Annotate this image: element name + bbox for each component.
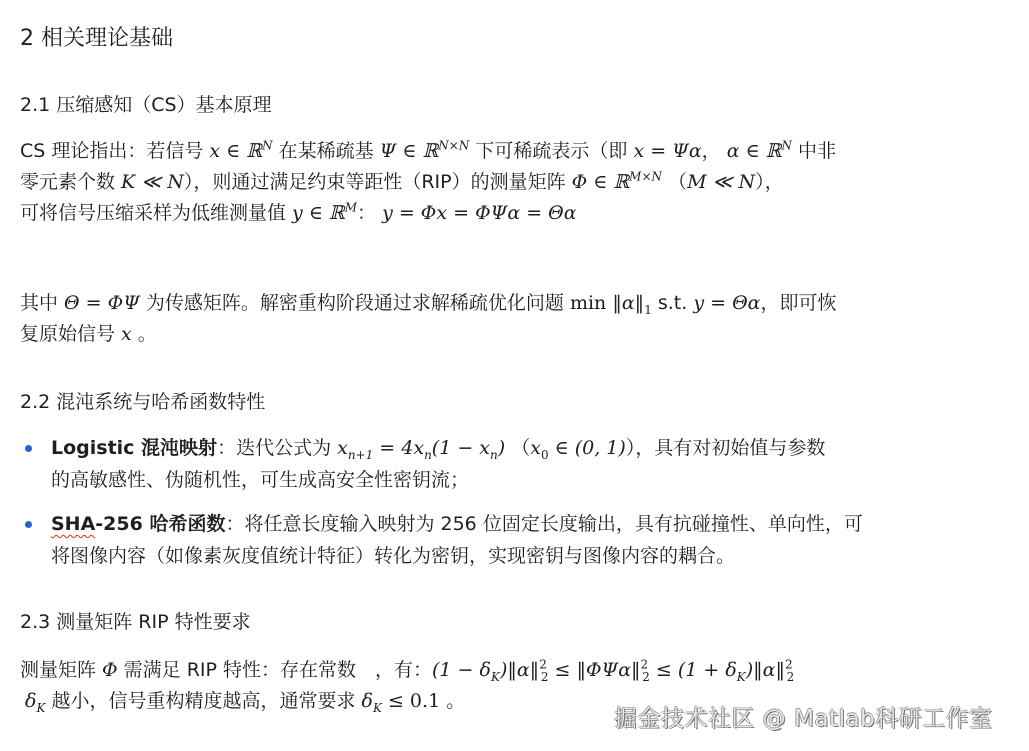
list-item-sha256: SHA-256 哈希函数：将任意长度输入映射为 256 位固定长度输出，具有抗碰…	[20, 508, 1010, 572]
subsection-heading-2-3: 2.3 测量矩阵 RIP 特性要求	[20, 609, 251, 635]
cs-paragraph: CS 理论指出：若信号 x ∈ ℝN 在某稀疏基 Ψ ∈ ℝN×N 下可稀疏表示…	[20, 136, 1000, 229]
term-sha256: -256 哈希函数	[95, 513, 225, 535]
subsection-heading-2-1: 2.1 压缩感知（CS）基本原理	[20, 92, 272, 118]
cs-line-2: 零元素个数 K ≪ N），则通过满足约束等距性（RIP）的测量矩阵 Φ ∈ ℝM…	[20, 167, 1000, 198]
bullet-icon	[25, 445, 32, 452]
rip-line-1: 测量矩阵 Φ 需满足 RIP 特性：存在常数 ，有：(1 − δK)‖α‖22 …	[20, 655, 1000, 686]
list-item-logistic: Logistic 混沌映射：迭代公式为 xn+1 = 4xn(1 − xn) （…	[20, 432, 1010, 496]
term-logistic: Logistic 混沌映射	[51, 437, 217, 459]
watermark: 掘金技术社区 @ Matlab科研工作室	[614, 700, 993, 733]
section-heading: 2 相关理论基础	[20, 24, 173, 54]
subsection-heading-2-2: 2.2 混沌系统与哈希函数特性	[20, 389, 265, 415]
measurement-equation: y = Φx = ΦΨα = Θα	[382, 202, 577, 224]
cs-line-1: CS 理论指出：若信号 x ∈ ℝN 在某稀疏基 Ψ ∈ ℝN×N 下可稀疏表示…	[20, 136, 1000, 167]
recon-line-1: 其中 Θ = ΦΨ 为传感矩阵。解密重构阶段通过求解稀疏优化问题 min ‖α‖…	[20, 288, 1000, 319]
rip-inequality: (1 − δK)‖α‖22 ≤ ‖ΦΨα‖22 ≤ (1 + δK)‖α‖22	[432, 659, 794, 681]
spellcheck-flagged-word[interactable]: SHA	[51, 513, 95, 535]
recon-line-2: 复原始信号 x 。	[20, 319, 1000, 350]
cs-line-3: 可将信号压缩采样为低维测量值 y ∈ ℝM： y = Φx = ΦΨα = Θα	[20, 198, 1000, 229]
bullet-icon	[25, 521, 32, 528]
reconstruction-paragraph: 其中 Θ = ΦΨ 为传感矩阵。解密重构阶段通过求解稀疏优化问题 min ‖α‖…	[20, 288, 1000, 350]
properties-list: Logistic 混沌映射：迭代公式为 xn+1 = 4xn(1 − xn) （…	[20, 432, 1010, 584]
